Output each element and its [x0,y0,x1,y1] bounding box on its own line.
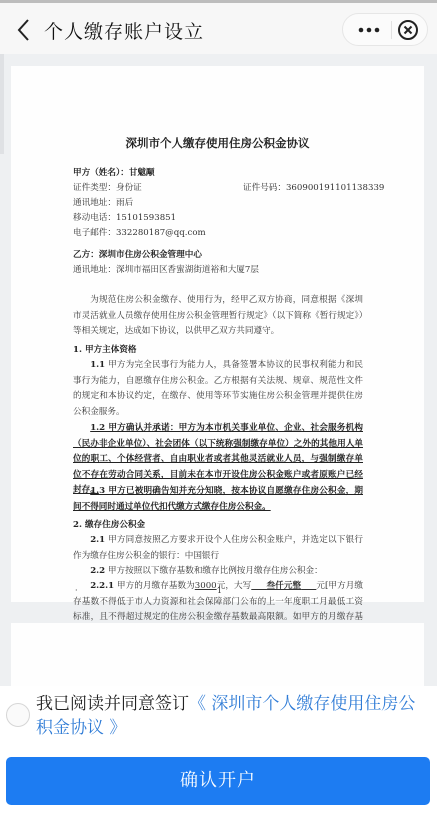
party-a-email: 电子邮件：332280187@qq.com [73,226,206,242]
clause-1-3: 1.3 甲方已被明确告知并充分知晓，按本协议自愿缴存住房公积金，期间不得同时通过… [73,484,363,515]
confirm-open-account-button[interactable]: 确认开户 [6,757,430,805]
party-a-id-number: 证件号码：360900191101138339 [243,181,384,197]
scroll-edge [0,54,4,154]
document-title: 深圳市个人缴存使用住房公积金协议 [11,136,424,152]
clause-2-2: 2.2 甲方按照以下缴存基数和缴存比例按月缴存住房公积金： [73,564,363,580]
party-a-id-type: 证件类型：身份证 [73,181,142,197]
page-title: 个人缴存账户设立 [44,17,204,44]
more-button[interactable] [351,14,387,45]
intro-paragraph: 为规范住房公积金缴存、使用行为，经甲乙双方协商，同意根据《深圳市灵活就业人员缴存… [73,293,363,340]
nav-bar: 个人缴存账户设立 [0,0,437,54]
agree-checkbox[interactable] [6,703,30,727]
page-number: 1 [217,583,222,599]
chevron-left-icon [14,17,36,43]
document-page-1: 深圳市个人缴存使用住房公积金协议 甲方（姓名）：甘魃颙 证件类型：身份证 证件号… [11,66,424,602]
document-page-2: 于市人力资源和社会保障部门公布的上一年度职工月最低工资标准，则甲方月 [11,623,424,686]
agreement-panel: 我已阅读并同意签订《 深圳市个人缴存使用住房公积金协议 》 确认开户 [0,686,437,826]
party-a-address: 通讯地址：雨后 [73,196,133,212]
section-2-heading: 2. 缴存住房公积金 [73,518,145,534]
pdf-viewer[interactable]: 深圳市个人缴存使用住房公积金协议 甲方（姓名）：甘魃颙 证件类型：身份证 证件号… [0,54,437,686]
section-1-heading: 1. 甲方主体资格 [73,343,137,359]
more-dots-icon [351,14,387,45]
close-button[interactable] [396,18,420,42]
page-dot: · [75,583,78,599]
mini-program-capsule [342,13,428,46]
party-a-name: 甲方（姓名）：甘魃颙 [73,166,155,182]
agreement-text: 我已阅读并同意签订《 深圳市个人缴存使用住房公积金协议 》 [36,692,426,740]
clause-1-1: 1.1 甲方为完全民事行为能力人，具备签署本协议的民事权利能力和民事行为能力，自… [73,358,363,420]
party-a-phone: 移动电话：15101593851 [73,211,176,227]
close-circle-icon [396,18,420,42]
back-button[interactable] [14,17,36,43]
party-b-name: 乙方：深圳市住房公积金管理中心 [73,248,202,264]
capsule-divider [391,21,392,39]
clause-2-1: 2.1 甲方同意按照乙方要求开设个人住房公积金账户，并选定以下银行作为缴存住房公… [73,533,363,564]
party-b-address: 通讯地址：深圳市福田区香蜜湖街道裕和大厦7层 [73,263,259,279]
